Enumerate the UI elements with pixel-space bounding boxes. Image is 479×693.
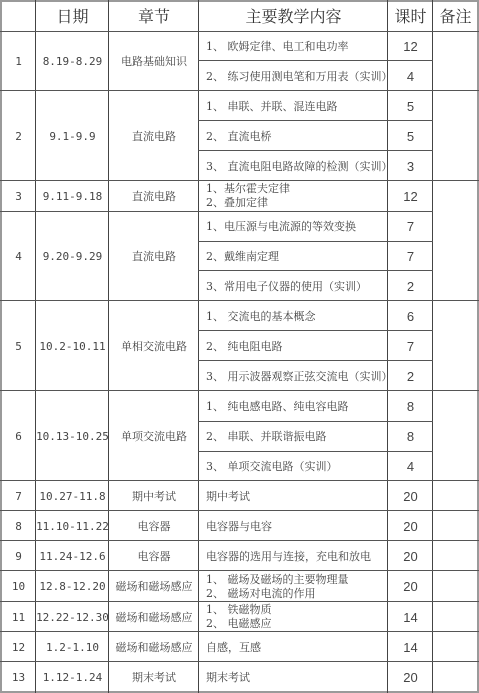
row-index: 11 [1,602,36,632]
column-divider [432,0,433,693]
header-content: 主要教学内容 [199,1,388,31]
row-divider [0,510,479,511]
row-date: 9.1-9.9 [36,91,109,181]
hours-value: 7 [388,241,433,271]
header-date: 日期 [36,1,109,31]
content-item: 期中考试 [199,481,388,511]
remarks-cell [433,632,478,662]
item-divider [198,360,433,361]
row-date: 9.20-9.29 [36,211,109,301]
row-chapter: 期末考试 [109,662,199,692]
row-chapter: 直流电路 [109,181,199,211]
hours-value: 2 [388,361,433,391]
content-line: 2、 磁场对电流的作用 [206,587,316,601]
hours-value: 7 [388,211,433,241]
border-top [0,0,479,2]
content-item: 1、 欧姆定律、电工和电功率 [199,31,388,61]
item-divider [198,241,433,242]
hours-value: 5 [388,121,433,151]
hours-value: 6 [388,301,433,331]
row-index: 8 [1,511,36,541]
content-item-multiline: 1、 磁场及磁场的主要物理量 2、 磁场对电流的作用 [199,571,388,602]
hours-value: 14 [388,632,433,662]
row-divider [0,31,479,32]
content-item-multiline: 1、 铁磁物质 2、 电磁感应 [199,602,388,632]
row-date: 1.2-1.10 [36,632,109,662]
item-divider [198,270,433,271]
header-chapter: 章节 [109,1,199,31]
content-item: 期末考试 [199,662,388,692]
content-line: 1、 铁磁物质 [206,603,272,617]
row-chapter: 电容器 [109,511,199,541]
content-item: 3、 用示波器观察正弦交流电（实训） [199,361,388,391]
row-divider [0,661,479,662]
row-divider [0,601,479,602]
hours-value: 3 [388,151,433,181]
hours-value: 12 [388,31,433,61]
row-divider [0,300,479,301]
hours-value: 20 [388,662,433,692]
row-chapter: 单相交流电路 [109,301,199,391]
content-line: 1、 磁场及磁场的主要物理量 [206,573,349,587]
border-left [0,0,2,693]
row-date: 10.2-10.11 [36,301,109,391]
row-index: 12 [1,632,36,662]
row-chapter: 电路基础知识 [109,31,199,91]
row-divider [0,180,479,181]
row-divider [0,390,479,391]
row-index: 7 [1,481,36,511]
remarks-cell [433,602,478,632]
row-chapter: 磁场和磁场感应 [109,632,199,662]
hours-value: 5 [388,91,433,121]
row-index: 1 [1,31,36,91]
row-divider [0,90,479,91]
hours-value: 20 [388,481,433,511]
hours-value: 4 [388,451,433,481]
row-chapter: 电容器 [109,541,199,571]
column-divider [108,0,109,693]
row-divider [0,540,479,541]
content-item: 1、 交流电的基本概念 [199,301,388,331]
hours-value: 4 [388,61,433,91]
remarks-cell [433,662,478,692]
teaching-schedule-table: 日期 章节 主要教学内容 课时 备注 1 8.19-8.29 电路基础知识 1、… [0,0,479,693]
column-divider [35,0,36,693]
row-index: 2 [1,91,36,181]
remarks-cell [433,31,478,91]
content-item: 1、 串联、并联、混连电路 [199,91,388,121]
content-line: 1、基尔霍夫定律 [206,182,290,196]
hours-value: 8 [388,421,433,451]
row-index: 6 [1,391,36,481]
content-item: 电容器与电容 [199,511,388,541]
row-index: 13 [1,662,36,692]
content-item: 2、 纯电阻电路 [199,331,388,361]
content-item: 2、 直流电桥 [199,121,388,151]
item-divider [198,421,433,422]
row-index: 10 [1,571,36,602]
remarks-cell [433,91,478,181]
remarks-cell [433,571,478,602]
hours-value: 14 [388,602,433,632]
row-chapter: 单项交流电路 [109,391,199,481]
content-item: 2、 串联、并联谐振电路 [199,421,388,451]
header-index [1,1,36,31]
row-index: 5 [1,301,36,391]
hours-value: 7 [388,331,433,361]
item-divider [198,451,433,452]
item-divider [198,330,433,331]
item-divider [198,150,433,151]
row-date: 11.10-11.22 [36,511,109,541]
row-date: 8.19-8.29 [36,31,109,91]
item-divider [198,60,433,61]
column-divider [198,0,199,693]
row-date: 12.22-12.30 [36,602,109,632]
content-item: 2、戴维南定理 [199,241,388,271]
row-chapter: 磁场和磁场感应 [109,602,199,632]
item-divider [198,120,433,121]
hours-value: 8 [388,391,433,421]
content-item: 3、 直流电阻电路故障的检测（实训） [199,151,388,181]
row-date: 12.8-12.20 [36,571,109,602]
header-remarks: 备注 [433,1,478,31]
content-item: 3、 单项交流电路（实训） [199,451,388,481]
header-hours: 课时 [388,1,433,31]
row-date: 10.13-10.25 [36,391,109,481]
content-item-multiline: 1、基尔霍夫定律 2、叠加定律 [199,181,388,211]
remarks-cell [433,481,478,511]
row-divider [0,480,479,481]
content-item: 3、常用电子仪器的使用（实训） [199,271,388,301]
content-item: 2、 练习使用测电笔和万用表（实训） [199,61,388,91]
hours-value: 2 [388,271,433,301]
hours-value: 12 [388,181,433,211]
content-item: 1、电压源与电流源的等效变换 [199,211,388,241]
content-item: 自感，互感 [199,632,388,662]
row-index: 3 [1,181,36,211]
row-chapter: 直流电路 [109,211,199,301]
column-divider [387,0,388,693]
remarks-cell [433,511,478,541]
row-date: 1.12-1.24 [36,662,109,692]
hours-value: 20 [388,511,433,541]
row-divider [0,570,479,571]
hours-value: 20 [388,541,433,571]
row-divider [0,631,479,632]
content-item: 1、 纯电感电路、纯电容电路 [199,391,388,421]
row-date: 9.11-9.18 [36,181,109,211]
remarks-cell [433,391,478,481]
remarks-cell [433,181,478,301]
content-line: 2、叠加定律 [206,196,268,210]
row-index: 9 [1,541,36,571]
content-item: 电容器的选用与连接，充电和放电 [199,541,388,571]
remarks-cell [433,541,478,571]
content-line: 2、 电磁感应 [206,617,272,631]
row-chapter: 期中考试 [109,481,199,511]
row-chapter: 磁场和磁场感应 [109,571,199,602]
row-divider [0,211,433,212]
row-date: 10.27-11.8 [36,481,109,511]
row-date: 11.24-12.6 [36,541,109,571]
row-index: 4 [1,211,36,301]
row-chapter: 直流电路 [109,91,199,181]
remarks-cell [433,301,478,391]
hours-value: 20 [388,571,433,602]
